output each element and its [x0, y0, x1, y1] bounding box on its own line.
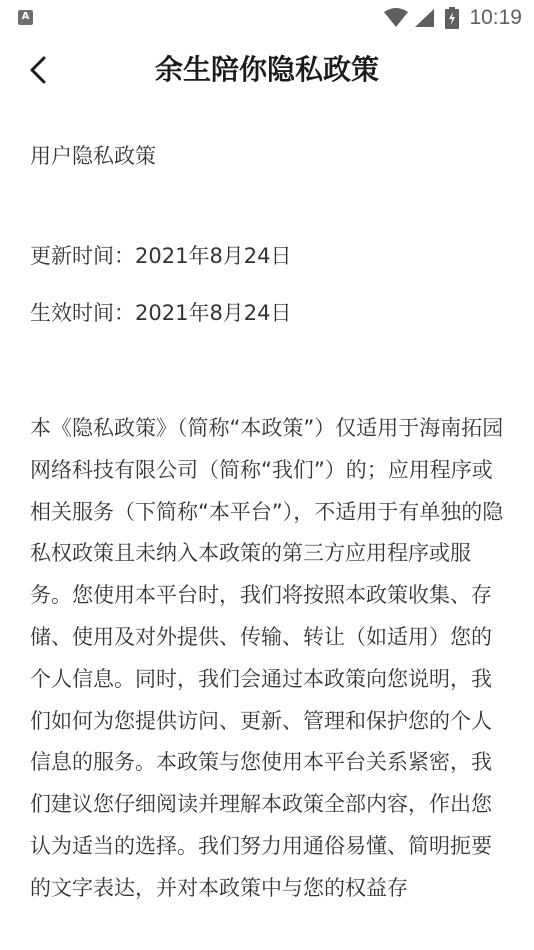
clock: 10:19 — [469, 6, 522, 30]
cellular-signal-icon — [413, 8, 435, 28]
battery-charging-icon — [445, 7, 459, 29]
policy-content: 用户隐私政策 更新时间：2021年8月24日 生效时间：2021年8月24日 本… — [30, 136, 510, 176]
page-title: 余生陪你隐私政策 — [0, 50, 534, 90]
policy-body-text: 本《隐私政策》（简称“本政策”）仅适用于海南拓园网络科技有限公司（简称“我们”）… — [30, 408, 508, 910]
status-icons: 10:19 — [383, 4, 522, 32]
app-notification-icon: A — [18, 10, 33, 25]
wifi-icon — [383, 8, 409, 28]
status-bar: A 10:19 — [0, 0, 534, 36]
effective-date: 生效时间：2021年8月24日 — [30, 293, 292, 333]
policy-heading: 用户隐私政策 — [30, 136, 510, 176]
app-header: 余生陪你隐私政策 — [0, 42, 534, 98]
updated-date: 更新时间：2021年8月24日 — [30, 236, 292, 276]
bottom-fade — [0, 910, 534, 950]
